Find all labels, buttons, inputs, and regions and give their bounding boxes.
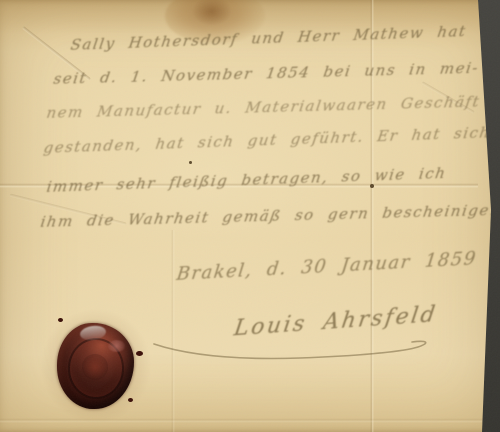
seal-gloss-highlight-2 <box>108 340 125 352</box>
dateline: Brakel, d. 30 Januar 1859 <box>175 248 478 285</box>
vertical-crease-lower-left <box>171 230 175 432</box>
handwriting-line-3: nem Manufactur u. Materialwaaren Geschäf… <box>45 93 481 122</box>
wax-crumb <box>58 318 63 322</box>
seal-embossed-center <box>82 354 108 380</box>
handwriting-line-2: seit d. 1. November 1854 bei uns in mei- <box>52 59 480 88</box>
ink-speck <box>189 161 192 164</box>
letter-paper: Sally Hothersdorf und Herr Mathew hat se… <box>0 0 500 432</box>
signature: Louis Ahrsfeld <box>232 302 439 342</box>
wax-crumb <box>128 398 133 402</box>
handwriting-line-6: ihm die Wahrheit gemäß so gern bescheini… <box>39 201 497 231</box>
letter-photograph: Sally Hothersdorf und Herr Mathew hat se… <box>0 0 500 432</box>
wax-crumb <box>136 351 143 356</box>
handwriting-line-4: gestanden, hat sich gut geführt. Er hat … <box>42 123 491 157</box>
handwriting-line-5: immer sehr fleißig betragen, so wie ich <box>45 164 447 196</box>
